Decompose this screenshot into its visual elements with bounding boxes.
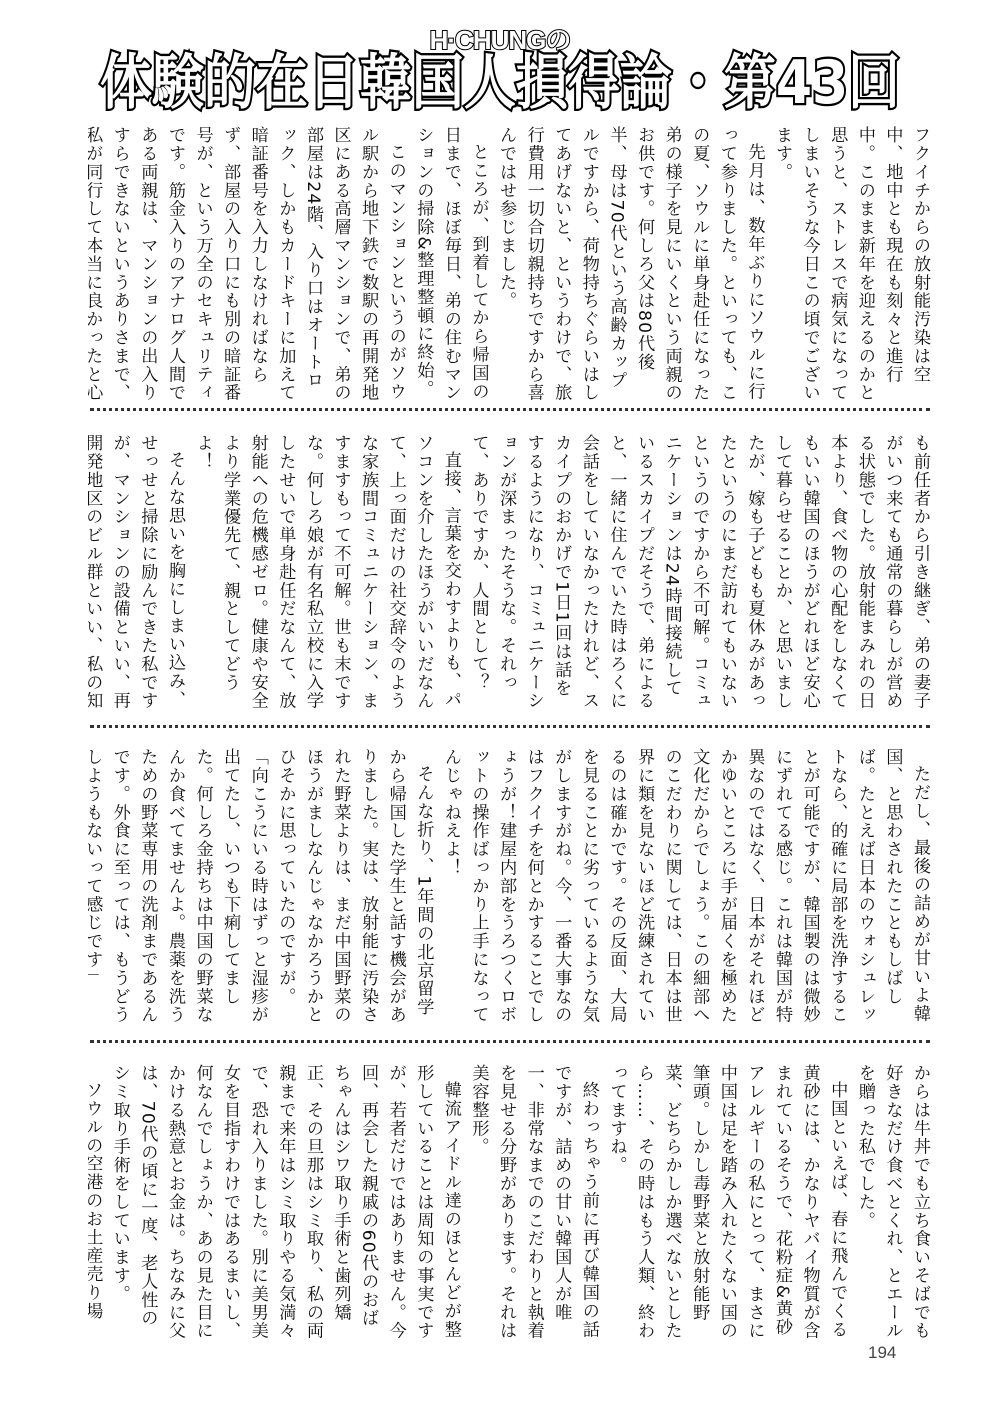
paragraph: 直接、言葉を交わすよりも、パソコンを介したほうがいいだなんて、上っ面だけの社交辞… <box>188 434 464 712</box>
paragraph: 中国といえば、春に飛んでくる黄砂には、かなりヤバイ物質が含まれているそうで、花粉… <box>602 1064 850 1342</box>
text-band-1: フクイチからの放射能汚染は空中、地中とも現在も刻々と進行中。このまま新年を迎える… <box>88 126 933 404</box>
dotted-divider <box>90 725 930 728</box>
article-header: H·CHUNGの 体験的在日韓国人損得論・第43回 <box>0 0 1000 112</box>
dotted-divider <box>90 1040 930 1043</box>
paragraph: 韓流アイドル達のほとんどが整形していることは周知の事実ですが、若者だけではありま… <box>105 1064 464 1342</box>
band-text: も前任者から引き継ぎ、弟の妻子がいつ来ても通常の暮らしが営める状態でした。放射能… <box>88 434 933 712</box>
paragraph: ところが、到着してから帰国の日まで、ほぼ毎日、弟の住むマンションの掃除&整理整頓… <box>409 126 492 404</box>
page-number: 194 <box>868 1343 896 1363</box>
text-band-3: ただし、最後の詰めが甘いよ韓国、と思わされたこともしばしば。たとえば日本のウォシ… <box>88 748 933 1026</box>
paragraph: そんな折り、1年間の北京留学から帰国した学生と話す機会がありました。実は、放射能… <box>271 748 437 1026</box>
text-band-4: からは牛丼でも立ち食いそばでも好きなだけ食べとくれ、とエールを贈った私でした。 … <box>88 1064 933 1342</box>
band-text: ただし、最後の詰めが甘いよ韓国、と思わされたこともしばしば。たとえば日本のウォシ… <box>88 748 933 1026</box>
text-band-2: も前任者から引き継ぎ、弟の妻子がいつ来ても通常の暮らしが営める状態でした。放射能… <box>88 434 933 712</box>
paragraph: も前任者から引き継ぎ、弟の妻子がいつ来ても通常の暮らしが営める状態でした。放射能… <box>464 434 933 712</box>
paragraph: 先月は、数年ぶりにソウルに行って参りました。といっても、この夏、ソウルに単身赴任… <box>492 126 768 404</box>
paragraph: フクイチからの放射能汚染は空中、地中とも現在も刻々と進行中。このまま新年を迎える… <box>767 126 933 404</box>
band-text: フクイチからの放射能汚染は空中、地中とも現在も刻々と進行中。このまま新年を迎える… <box>88 126 933 404</box>
paragraph: そんな思いを胸にしまい込み、せっせと掃除に励んできた私ですが、マンションの設備と… <box>88 434 188 712</box>
paragraph: このマンションというのがソウル駅から地下鉄で数駅の再開発地区にある高層マンション… <box>88 126 409 404</box>
paragraph: 「向こうにいる時はずっと湿疹が出てたし、いつも下痢してました。何しろ金持ちは中国… <box>88 748 271 1026</box>
paragraph: ただし、最後の詰めが甘いよ韓国、と思わされたこともしばしば。たとえば日本のウォシ… <box>436 748 933 1026</box>
article-title: 体験的在日韓国人損得論・第43回 <box>0 48 1000 119</box>
paragraph: ソウルの空港のお土産売り場も、栄養クリームやパックなど、キムチや海苔などの伝統的… <box>88 1064 105 1342</box>
paragraph: からは牛丼でも立ち食いそばでも好きなだけ食べとくれ、とエールを贈った私でした。 <box>850 1064 933 1342</box>
band-text: からは牛丼でも立ち食いそばでも好きなだけ食べとくれ、とエールを贈った私でした。 … <box>88 1064 933 1342</box>
paragraph: 終わっちゃう前に再び韓国の話ですが、詰めの甘い韓国人が唯一、非常なまでのこだわり… <box>464 1064 602 1342</box>
dotted-divider <box>90 408 930 411</box>
